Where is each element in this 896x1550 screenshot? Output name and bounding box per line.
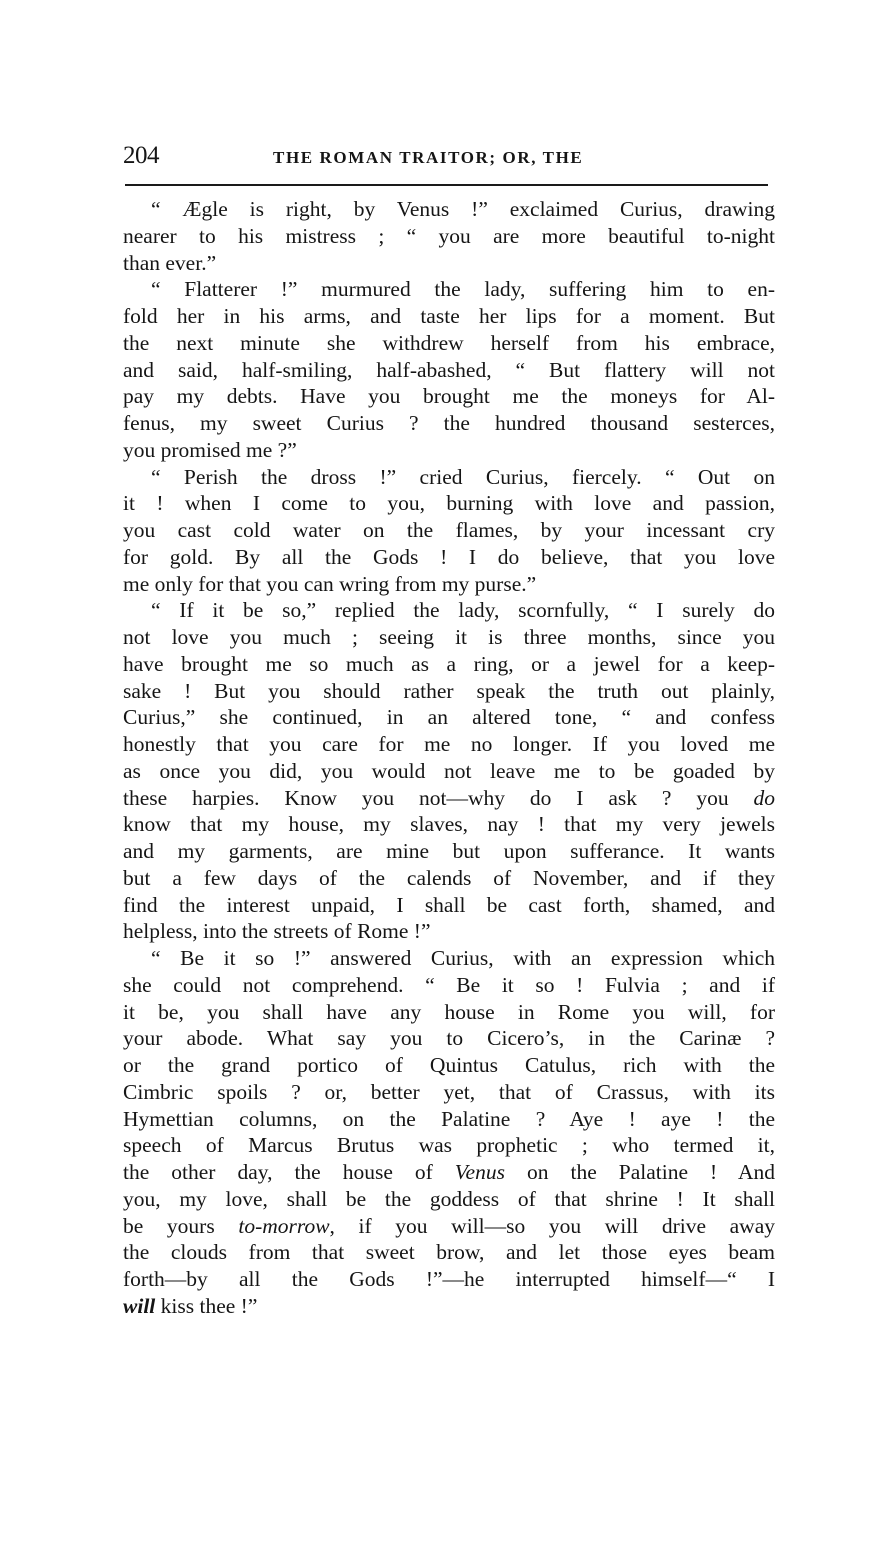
body-text: “ Ægle is right, by Venus !” exclaimed C… xyxy=(123,196,775,1320)
text-line: find the interest unpaid, I shall be cas… xyxy=(123,892,775,919)
text-run: “ Be it so !” answered Curius, with an e… xyxy=(151,946,775,970)
text-run: you, my love, shall be the goddess of th… xyxy=(123,1187,775,1211)
text-run: it ! when I come to you, burning with lo… xyxy=(123,491,775,515)
bold-italic-emphasis: will xyxy=(123,1294,155,1318)
text-run: on the Palatine ! And xyxy=(505,1160,775,1184)
text-line: she could not comprehend. “ Be it so ! F… xyxy=(123,972,775,999)
text-run: honestly that you care for me no longer.… xyxy=(123,732,775,756)
text-line: know that my house, my slaves, nay ! tha… xyxy=(123,811,775,838)
italic-emphasis: Venus xyxy=(455,1160,505,1184)
text-run: nearer to his mistress ; “ you are more … xyxy=(123,224,775,248)
text-run: be yours xyxy=(123,1214,238,1238)
text-line: “ Ægle is right, by Venus !” exclaimed C… xyxy=(123,196,775,223)
text-run: Cimbric spoils ? or, better yet, that of… xyxy=(123,1080,775,1104)
text-run: not love you much ; seeing it is three m… xyxy=(123,625,775,649)
text-line: you, my love, shall be the goddess of th… xyxy=(123,1186,775,1213)
italic-emphasis: do xyxy=(754,786,776,810)
text-line: fenus, my sweet Curius ? the hundred tho… xyxy=(123,410,775,437)
text-line: “ If it be so,” replied the lady, scornf… xyxy=(123,597,775,624)
text-line: nearer to his mistress ; “ you are more … xyxy=(123,223,775,250)
text-run: know that my house, my slaves, nay ! tha… xyxy=(123,812,775,836)
text-line: your abode. What say you to Cicero’s, in… xyxy=(123,1025,775,1052)
text-run: “ Perish the dross !” cried Curius, fier… xyxy=(151,465,775,489)
text-run: Curius,” she continued, in an altered to… xyxy=(123,705,775,729)
text-line: than ever.” xyxy=(123,250,775,277)
text-run: find the interest unpaid, I shall be cas… xyxy=(123,893,775,917)
text-run: the other day, the house of xyxy=(123,1160,455,1184)
text-line: Hymettian columns, on the Palatine ? Aye… xyxy=(123,1106,775,1133)
text-line: “ Flatterer !” murmured the lady, suffer… xyxy=(123,276,775,303)
text-line: the other day, the house of Venus on the… xyxy=(123,1159,775,1186)
text-run: fenus, my sweet Curius ? the hundred tho… xyxy=(123,411,775,435)
text-run: the clouds from that sweet brow, and let… xyxy=(123,1240,775,1264)
header-rule xyxy=(125,184,768,186)
text-line: you promised me ?” xyxy=(123,437,775,464)
running-title: THE ROMAN TRAITOR; OR, THE xyxy=(273,145,583,171)
text-line: and said, half-smiling, half-abashed, “ … xyxy=(123,357,775,384)
text-line: the clouds from that sweet brow, and let… xyxy=(123,1239,775,1266)
text-line: have brought me so much as a ring, or a … xyxy=(123,651,775,678)
text-run: she could not comprehend. “ Be it so ! F… xyxy=(123,973,775,997)
text-run: “ Ægle is right, by Venus !” exclaimed C… xyxy=(151,197,775,221)
text-line: fold her in his arms, and taste her lips… xyxy=(123,303,775,330)
text-run: , if you will—so you will drive away xyxy=(330,1214,775,1238)
text-run: sake ! But you should rather speak the t… xyxy=(123,679,775,703)
text-line: sake ! But you should rather speak the t… xyxy=(123,678,775,705)
text-line: these harpies. Know you not—why do I ask… xyxy=(123,785,775,812)
text-run: or the grand portico of Quintus Catulus,… xyxy=(123,1053,775,1077)
text-line: helpless, into the streets of Rome !” xyxy=(123,918,775,945)
text-line: not love you much ; seeing it is three m… xyxy=(123,624,775,651)
text-line: Curius,” she continued, in an altered to… xyxy=(123,704,775,731)
text-run: helpless, into the streets of Rome !” xyxy=(123,919,431,943)
book-page: 204 THE ROMAN TRAITOR; OR, THE “ Ægle is… xyxy=(0,0,896,1550)
text-run: and my garments, are mine but upon suffe… xyxy=(123,839,775,863)
text-line: but a few days of the calends of Novembe… xyxy=(123,865,775,892)
text-run: the next minute she withdrew herself fro… xyxy=(123,331,775,355)
italic-emphasis: to-morrow xyxy=(238,1214,329,1238)
text-run: you promised me ?” xyxy=(123,438,297,462)
text-line: and my garments, are mine but upon suffe… xyxy=(123,838,775,865)
text-line: speech of Marcus Brutus was prophetic ; … xyxy=(123,1132,775,1159)
page-number: 204 xyxy=(123,141,159,171)
text-run: for gold. By all the Gods ! I do believe… xyxy=(123,545,775,569)
text-line: Cimbric spoils ? or, better yet, that of… xyxy=(123,1079,775,1106)
text-run: you cast cold water on the flames, by yo… xyxy=(123,518,775,542)
text-line: it be, you shall have any house in Rome … xyxy=(123,999,775,1026)
text-line: the next minute she withdrew herself fro… xyxy=(123,330,775,357)
text-line: me only for that you can wring from my p… xyxy=(123,571,775,598)
text-run: as once you did, you would not leave me … xyxy=(123,759,775,783)
text-line: for gold. By all the Gods ! I do believe… xyxy=(123,544,775,571)
text-line: “ Perish the dross !” cried Curius, fier… xyxy=(123,464,775,491)
text-run: pay my debts. Have you brought me the mo… xyxy=(123,384,775,408)
text-run: have brought me so much as a ring, or a … xyxy=(123,652,775,676)
text-run: fold her in his arms, and taste her lips… xyxy=(123,304,775,328)
text-run: Hymettian columns, on the Palatine ? Aye… xyxy=(123,1107,775,1131)
text-run: and said, half-smiling, half-abashed, “ … xyxy=(123,358,775,382)
text-run: than ever.” xyxy=(123,251,216,275)
text-line: honestly that you care for me no longer.… xyxy=(123,731,775,758)
text-run: forth—by all the Gods !”—he interrupted … xyxy=(123,1267,775,1291)
text-run: me only for that you can wring from my p… xyxy=(123,572,536,596)
text-run: speech of Marcus Brutus was prophetic ; … xyxy=(123,1133,775,1157)
text-run: your abode. What say you to Cicero’s, in… xyxy=(123,1026,775,1050)
text-run: “ Flatterer !” murmured the lady, suffer… xyxy=(151,277,775,301)
text-line: “ Be it so !” answered Curius, with an e… xyxy=(123,945,775,972)
text-line: pay my debts. Have you brought me the mo… xyxy=(123,383,775,410)
text-line: forth—by all the Gods !”—he interrupted … xyxy=(123,1266,775,1293)
text-run: “ If it be so,” replied the lady, scornf… xyxy=(151,598,775,622)
text-line: you cast cold water on the flames, by yo… xyxy=(123,517,775,544)
text-run: these harpies. Know you not—why do I ask… xyxy=(123,786,754,810)
text-run: kiss thee !” xyxy=(155,1294,257,1318)
text-run: but a few days of the calends of Novembe… xyxy=(123,866,775,890)
text-run: it be, you shall have any house in Rome … xyxy=(123,1000,775,1024)
text-line: it ! when I come to you, burning with lo… xyxy=(123,490,775,517)
running-header: 204 THE ROMAN TRAITOR; OR, THE xyxy=(123,141,773,171)
text-line: as once you did, you would not leave me … xyxy=(123,758,775,785)
text-line: or the grand portico of Quintus Catulus,… xyxy=(123,1052,775,1079)
text-line: be yours to-morrow, if you will—so you w… xyxy=(123,1213,775,1240)
text-line: will kiss thee !” xyxy=(123,1293,775,1320)
